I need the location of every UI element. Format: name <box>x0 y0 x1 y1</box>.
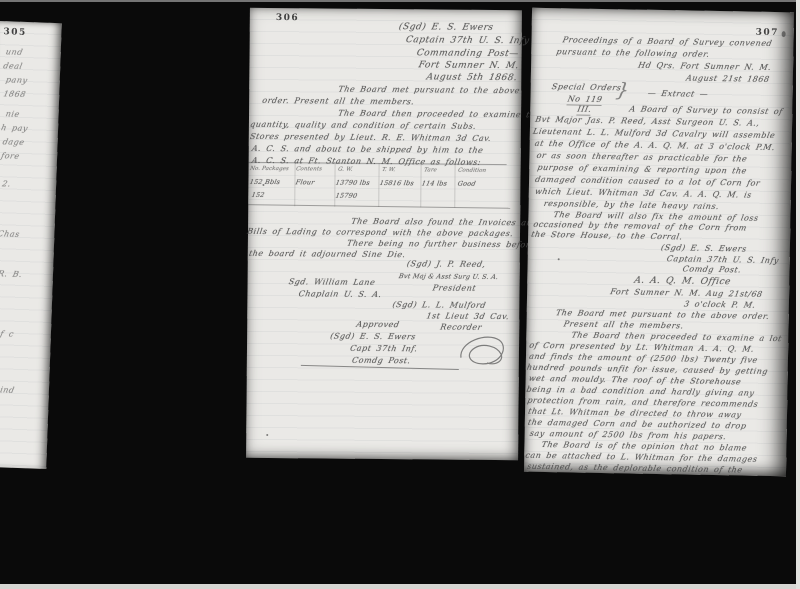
ink-speck <box>266 434 268 436</box>
handwriting-line: the Store House, to the Corral. <box>530 230 683 242</box>
handwriting-fragment: pany <box>5 75 28 85</box>
handwriting-line: Comdg Post. <box>682 264 742 274</box>
handwriting-fragment: 1868 <box>3 89 27 99</box>
table-cell: 15816 lbs <box>379 179 415 187</box>
film-smudge <box>782 31 786 37</box>
folio-number-306: 306 <box>276 13 299 23</box>
handwriting-line: sustained, as the deplorable condition o… <box>526 462 743 475</box>
scan-border-bottom <box>0 584 800 589</box>
handwriting-line: August 5th 1868. <box>426 72 519 83</box>
handwriting-line: The Board met pursuant to the above <box>338 85 521 96</box>
folio-number-305: 305 <box>3 27 27 38</box>
handwriting-line: Bvt Major Jas. P. Reed, Asst Surgeon U. … <box>534 115 760 128</box>
handwriting-line: or as soon thereafter as practicable for… <box>536 151 748 164</box>
table-cell: 152 <box>251 191 265 199</box>
handwriting-line: The Board then proceeded to examine the <box>337 109 541 120</box>
handwriting-line: 1st Lieut 3d Cav. <box>426 311 510 321</box>
table-header-cell: Condition <box>457 168 486 174</box>
signature-flourish <box>457 330 511 370</box>
handwriting-fragment: 2. <box>1 179 12 188</box>
handwriting-line: Bills of Lading to correspond with the a… <box>246 227 514 238</box>
handwriting-line: No 119 <box>567 94 603 104</box>
handwriting-line: Comdg Post. <box>351 356 411 365</box>
order-item-number: III. <box>576 105 592 116</box>
microfilm-scan: 305 und deal pany 1868 nie h pay dage fo… <box>0 0 800 589</box>
table-header-cell: Contents <box>295 166 322 172</box>
page-305-sliver: 305 und deal pany 1868 nie h pay dage fo… <box>0 21 62 469</box>
handwriting-line: The Board also found the Invoices and <box>350 217 538 228</box>
handwriting-line: Capt 37th Inf. <box>349 344 418 354</box>
table-cell: 13790 lbs <box>335 179 371 187</box>
handwriting-line: Commanding Post— <box>416 48 520 59</box>
table-cell: Good <box>457 180 476 188</box>
closing-rule <box>301 365 459 370</box>
table-header-cell: T. W. <box>381 167 395 173</box>
handwriting-fragment: R. B. <box>0 269 23 279</box>
table-header-cell: No. Packages <box>249 166 289 172</box>
handwriting-line: Fort Sumner N. M. <box>418 60 520 71</box>
handwriting-line: Present all the members. <box>563 319 685 330</box>
handwriting-line: August 21st 1868 <box>685 73 770 83</box>
handwriting-line: There being no further business before <box>346 239 536 250</box>
folio-number-307: 307 <box>756 28 779 38</box>
table-header-cell: G. W. <box>337 167 353 173</box>
table-header-cell: Tare <box>423 167 437 173</box>
handwriting-fragment: deal <box>3 61 24 71</box>
handwriting-line: Hd Qrs. Fort Sumner N. M. <box>637 61 772 72</box>
handwriting-line: 3 o'clock P. M. <box>683 299 756 309</box>
handwriting-line: Special Orders <box>551 82 622 92</box>
table-column-line <box>454 164 455 208</box>
handwriting-line: A. A. Q. M. Office <box>633 276 731 288</box>
handwriting-line: — Extract — <box>647 89 709 99</box>
handwriting-fragment: of c <box>0 329 15 339</box>
table-cell: Flour <box>295 178 315 186</box>
handwriting-line: Sgd. William Lane <box>288 277 376 287</box>
handwriting-line: (Sgd) J. P. Reed, <box>406 259 486 269</box>
handwriting-line: pursuant to the following order. <box>556 47 711 59</box>
handwriting-line: Proceedings of a Board of Survey convene… <box>562 35 773 48</box>
handwriting-line: Approved <box>356 320 401 329</box>
ink-speck <box>558 258 560 260</box>
handwriting-fragment: und <box>5 47 24 57</box>
scan-border-top <box>0 0 800 2</box>
handwriting-line: III. <box>577 105 593 114</box>
handwriting-line: Chaplain U. S. A. <box>298 289 383 299</box>
handwriting-line: Captain 37th U. S. Infy <box>405 35 530 46</box>
survey-table: No. Packages Contents G. W. T. W. Tare C… <box>248 162 506 208</box>
handwriting-line: Stores presented by Lieut. R. E. Whitman… <box>249 132 492 143</box>
handwriting-fragment: dage <box>2 137 26 147</box>
handwriting-line: President <box>432 283 477 292</box>
handwriting-line: responsible, by the late heavy rains. <box>543 199 720 211</box>
handwriting-fragment: nie <box>5 109 21 118</box>
table-cell: 152 Bbls <box>249 178 281 186</box>
table-cell: 15790 <box>335 192 358 200</box>
page-307: 307 Proceedings of a Board of Survey con… <box>524 8 794 477</box>
handwriting-line: (Sgd) L. L. Mulford <box>392 300 487 310</box>
handwriting-line: the board it adjourned Sine Die. <box>248 249 406 259</box>
handwriting-line: A Board of Survey to consist of <box>629 104 784 116</box>
handwriting-line: (Sgd) E. S. Ewers <box>398 22 494 33</box>
handwriting-line: quantity, quality and condition of certa… <box>249 120 477 131</box>
handwriting-line: (Sgd) E. S. Ewers <box>329 332 416 342</box>
handwriting-line: (Sgd) E. S. Ewers <box>660 243 747 253</box>
handwriting-line: at the Office of the A. A. Q. M. at 3 o'… <box>534 139 776 152</box>
handwriting-line: order. Present all the members. <box>262 96 416 106</box>
ink-speck <box>262 184 264 186</box>
table-cell: 114 lbs <box>421 179 448 187</box>
handwriting-line: which Lieut. Whitman 3d Cav. A. A. Q. M.… <box>534 187 752 200</box>
handwriting-fragment: mind <box>0 385 16 395</box>
handwriting-line: A. C. S. and about to be shipped by him … <box>251 144 484 155</box>
handwriting-fragment: Chas <box>0 229 21 239</box>
brace-glyph: } <box>615 79 632 101</box>
handwriting-line: Fort Sumner N. M. Aug 21st/68 <box>609 287 763 299</box>
handwriting-fragment: fore <box>0 151 20 161</box>
handwriting-line: Lieutenant L. L. Mulford 3d Cavalry will… <box>532 127 776 140</box>
handwriting-line: purpose of examining & reporting upon th… <box>537 163 748 176</box>
handwriting-line: Bvt Maj & Asst Surg U. S. A. <box>398 272 499 281</box>
handwriting-line: damaged condition caused to a lot of Cor… <box>534 175 761 188</box>
page-306: 306 (Sgd) E. S. Ewers Captain 37th U. S.… <box>246 8 522 460</box>
scan-border-right <box>796 0 800 589</box>
handwriting-fragment: h pay <box>0 123 28 133</box>
